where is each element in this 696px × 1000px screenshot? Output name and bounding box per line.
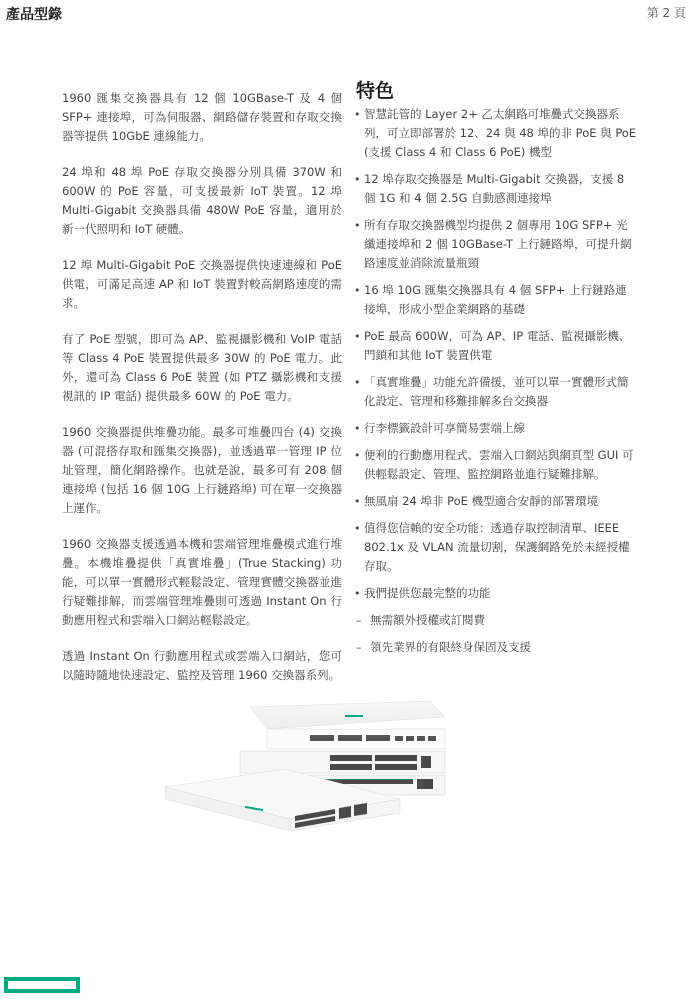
paragraph: 透過 Instant On 行動應用程式或雲端入口網站，您可以隨時隨地快速設定、…	[62, 647, 342, 685]
feature-list: •智慧託管的 Layer 2+ 乙太網路可堆疊式交換器系列，可立即部署於 12、…	[356, 105, 638, 657]
feature-item: •智慧託管的 Layer 2+ 乙太網路可堆疊式交換器系列，可立即部署於 12、…	[356, 105, 638, 162]
feature-item: •無風扇 24 埠非 PoE 機型適合安靜的部署環境	[356, 492, 638, 511]
bullet-icon: •	[354, 446, 361, 465]
document-title: 產品型錄	[6, 4, 62, 24]
feature-item: •PoE 最高 600W，可為 AP、IP 電話、監視攝影機、門鎖和其他 IoT…	[356, 327, 638, 365]
features-column: 特色 •智慧託管的 Layer 2+ 乙太網路可堆疊式交換器系列，可立即部署於 …	[356, 82, 638, 665]
bullet-icon: •	[354, 419, 361, 438]
paragraph: 12 埠 Multi-Gigabit PoE 交換器提供快速連線和 PoE 供電…	[62, 256, 342, 313]
bullet-icon: •	[354, 105, 361, 124]
feature-item: •值得您信賴的安全功能：透過存取控制清單、IEEE 802.1x 及 VLAN …	[356, 519, 638, 576]
bullet-icon: •	[354, 519, 361, 538]
paragraph: 有了 PoE 型號，即可為 AP、監視攝影機和 VoIP 電話等 Class 4…	[62, 330, 342, 406]
feature-item: •我們提供您最完整的功能	[356, 584, 638, 603]
hpe-logo	[4, 977, 80, 993]
bullet-icon: •	[354, 170, 361, 189]
feature-item: •所有存取交換器機型均提供 2 個專用 10G SFP+ 光纖連接埠和 2 個 …	[356, 216, 638, 273]
bullet-icon: •	[354, 216, 361, 235]
paragraph: 1960 匯集交換器具有 12 個 10GBase-T 及 4 個 SFP+ 連…	[62, 89, 342, 146]
feature-item: •12 埠存取交換器是 Multi-Gigabit 交換器，支援 8 個 1G …	[356, 170, 638, 208]
description-column: 1960 匯集交換器具有 12 個 10GBase-T 及 4 個 SFP+ 連…	[62, 89, 342, 702]
features-heading: 特色	[356, 82, 638, 101]
feature-sub-item: –無需額外授權或訂閱費	[356, 611, 638, 630]
bullet-icon: •	[354, 327, 361, 346]
bullet-icon: •	[354, 281, 361, 300]
bullet-icon: •	[354, 373, 361, 392]
paragraph: 1960 交換器支援透過本機和雲端管理堆疊模式進行堆疊。本機堆疊提供「真實堆疊」…	[62, 535, 342, 630]
paragraph: 1960 交換器提供堆疊功能。最多可堆疊四台 (4) 交換器 (可混搭存取和匯集…	[62, 423, 342, 518]
feature-item: •行李標籤設計可享簡易雲端上線	[356, 419, 638, 438]
bullet-icon: •	[354, 492, 361, 511]
feature-item: •便利的行動應用程式、雲端入口網站與網頁型 GUI 可供輕鬆設定、管理、監控網路…	[356, 446, 638, 484]
dash-icon: –	[356, 638, 362, 657]
paragraph: 24 埠和 48 埠 PoE 存取交換器分別具備 370W 和 600W 的 P…	[62, 163, 342, 239]
dash-icon: –	[356, 611, 362, 630]
product-image	[155, 695, 455, 845]
feature-item: •「真實堆疊」功能允許備援，並可以單一實體形式簡化設定、管理和移難排解多台交換器	[356, 373, 638, 411]
page-number: 第 2 頁	[647, 4, 686, 21]
feature-sub-item: –領先業界的有限終身保固及支援	[356, 638, 638, 657]
feature-item: •16 埠 10G 匯集交換器具有 4 個 SFP+ 上行鏈路連接埠，形成小型企…	[356, 281, 638, 319]
bullet-icon: •	[354, 584, 361, 603]
network-switch-stack-icon	[155, 695, 455, 845]
